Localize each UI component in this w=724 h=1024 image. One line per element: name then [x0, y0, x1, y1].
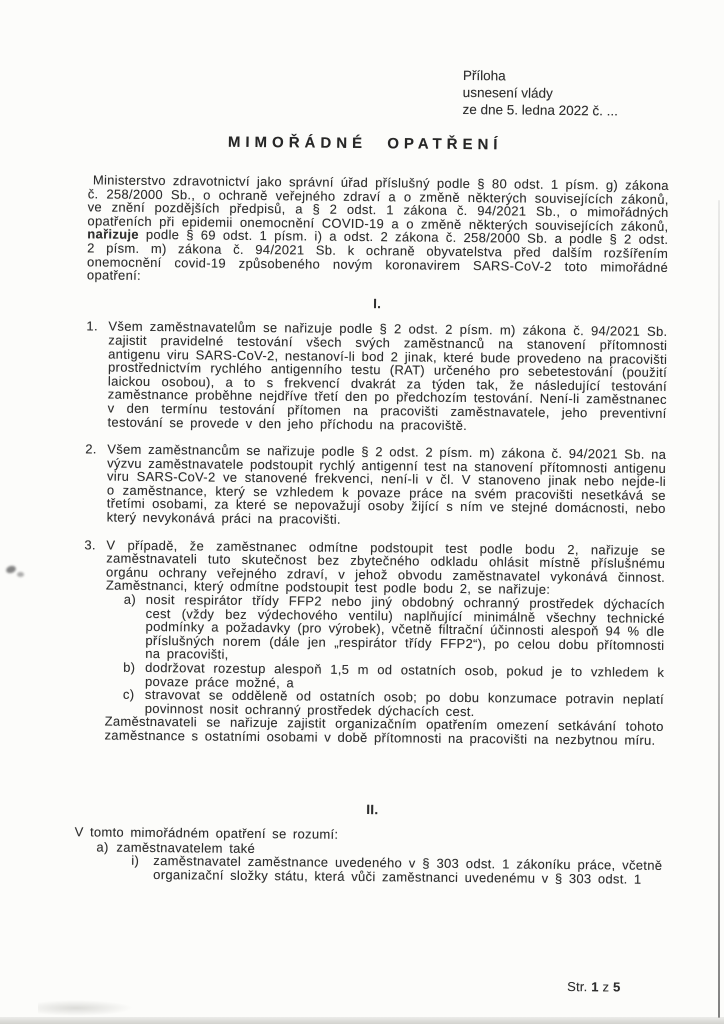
scan-artifact-bottom-edge	[0, 1017, 724, 1024]
document-body: Ministerstvo zdravotnictví jako správní …	[81, 173, 669, 886]
attachment-note-line-1: Příloha	[463, 67, 619, 85]
intro-text-2: podle § 69 odst. 1 písm. i) a odst. 2 zá…	[87, 227, 669, 283]
subitem-a-letter: a)	[123, 593, 146, 661]
section-2-item-a: a) zaměstnavatelem také i) zaměstnavatel…	[96, 840, 662, 886]
item-3-closing: Zaměstnavateli se nařizuje zajistit orga…	[104, 715, 663, 748]
page-number-total: 5	[613, 979, 621, 994]
section-2-subitem-i-text: zaměstnavatel zaměstnance uvedeného v § …	[153, 854, 662, 886]
list-item-3: 3. V případě, že zaměstnanec odmítne pod…	[82, 538, 665, 747]
scanned-document-page: Příloha usnesení vlády ze dne 5. ledna 2…	[0, 0, 724, 1024]
attachment-note-line-3: ze dne 5. ledna 2022 č. ...	[462, 101, 618, 119]
section-2-subitem-i-numeral: i)	[131, 854, 153, 881]
list-item-2: 2. Všem zaměstnancům se nařizuje podle §…	[85, 442, 667, 529]
subitem-a-text: nosit respirátor třídy FFP2 nebo jiný ob…	[145, 593, 665, 666]
page-number-current: 1	[591, 979, 599, 994]
section-1-heading: I.	[87, 294, 668, 313]
section-2-item-a-letter: a)	[96, 840, 116, 881]
page-number: Str. 1 z 5	[567, 979, 620, 995]
document-title: MIMOŘÁDNÉ OPATŘENÍ	[3, 132, 724, 156]
scan-artifact-corner-smudge	[38, 1000, 133, 1016]
item-3-number: 3.	[82, 538, 106, 742]
scan-artifact-right-edge	[718, 200, 720, 1018]
item-1-number: 1.	[85, 320, 108, 429]
section-2-subitem-i: i) zaměstnavatel zaměstnance uvedeného v…	[131, 854, 662, 886]
intro-paragraph: Ministerstvo zdravotnictví jako správní …	[87, 173, 669, 287]
section-2-heading: II.	[82, 800, 663, 819]
subitem-a: a) nosit respirátor třídy FFP2 nebo jiný…	[123, 593, 665, 666]
attachment-note: Příloha usnesení vlády ze dne 5. ledna 2…	[462, 67, 618, 119]
item-3-intro: V případě, že zaměstnanec odmítne podsto…	[106, 538, 665, 598]
page-number-of: z	[602, 979, 609, 994]
subitem-b-letter: b)	[123, 661, 145, 688]
item-2-text: Všem zaměstnancům se nařizuje podle § 2 …	[107, 443, 667, 530]
item-2-number: 2.	[85, 442, 108, 524]
scan-artifact-ink-mark-small	[17, 572, 24, 577]
page-number-label: Str.	[567, 979, 587, 994]
attachment-note-line-2: usnesení vlády	[463, 84, 619, 102]
subitem-c-letter: c)	[123, 688, 145, 715]
intro-text-1: Ministerstvo zdravotnictví jako správní …	[87, 172, 669, 233]
list-item-1: 1. Všem zaměstnavatelům se nařizuje podl…	[85, 320, 667, 434]
item-1-text: Všem zaměstnavatelům se nařizuje podle §…	[107, 320, 667, 434]
